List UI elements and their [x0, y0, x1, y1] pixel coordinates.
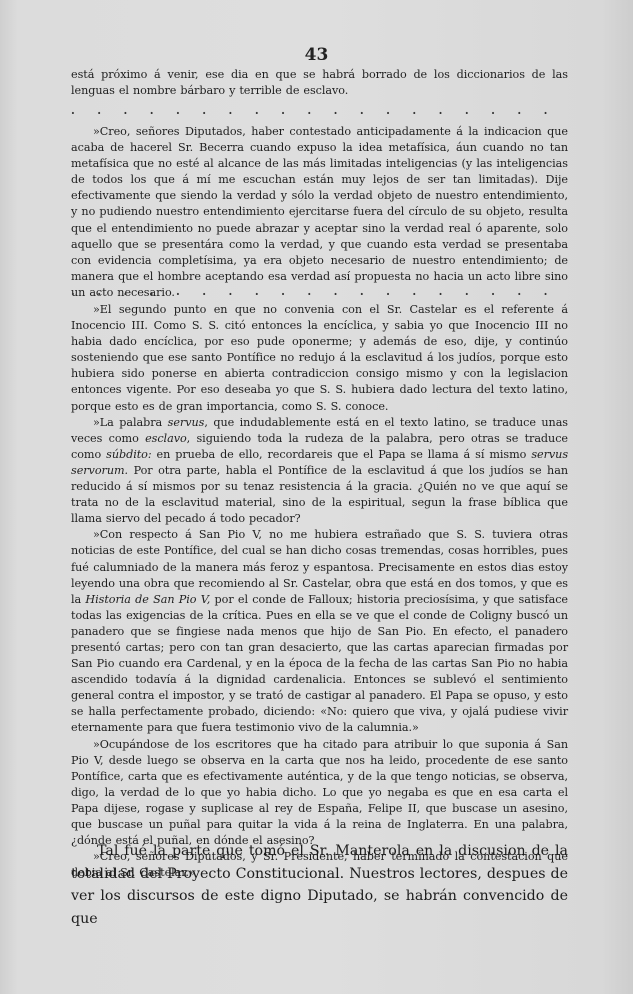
text-run: Por otra parte, habla el Pontífice de la… [71, 464, 568, 525]
page-number: 43 [0, 45, 633, 65]
closing-paragraph: Tal fué la parte que tomó el Sr. Mantero… [71, 840, 568, 930]
italic-term: súbdito: [106, 448, 151, 461]
closing-block: Tal fué la parte que tomó el Sr. Mantero… [71, 840, 568, 930]
speech-body-block: »El segundo punto en que no convenia con… [71, 302, 568, 881]
speech-paragraph-1: »Creo, señores Diputados, haber contesta… [71, 124, 568, 301]
ellipsis-divider-2: . . . . . . . . . . . . . . . . . . . . … [71, 285, 568, 298]
speech-paragraph-5: »Ocupándose de los escritores que ha cit… [71, 737, 568, 850]
text-run: »La palabra [93, 416, 168, 429]
italic-title: Historia de San Pio V, [85, 593, 210, 606]
speech-paragraph-2: »El segundo punto en que no convenia con… [71, 302, 568, 415]
text-run: en prueba de ello, recordareis que el Pa… [152, 448, 532, 461]
italic-term: esclavo [145, 432, 187, 445]
italic-term: servus [168, 416, 205, 429]
speech-paragraph-4: »Con respecto á San Pio V, no me hubiera… [71, 527, 568, 736]
speech-paragraph-3: »La palabra servus, que indudablemente e… [71, 415, 568, 528]
ellipsis-divider-1: . . . . . . . . . . . . . . . . . . . . … [71, 104, 568, 117]
opening-paragraph: está próximo á venir, ese dia en que se … [71, 67, 568, 99]
text-run: por el conde de Falloux; historia precio… [71, 593, 568, 735]
scanned-page: 43 está próximo á venir, ese dia en que … [0, 0, 633, 994]
opening-text: está próximo á venir, ese dia en que se … [71, 67, 568, 99]
speech-paragraph-1-block: »Creo, señores Diputados, haber contesta… [71, 124, 568, 301]
